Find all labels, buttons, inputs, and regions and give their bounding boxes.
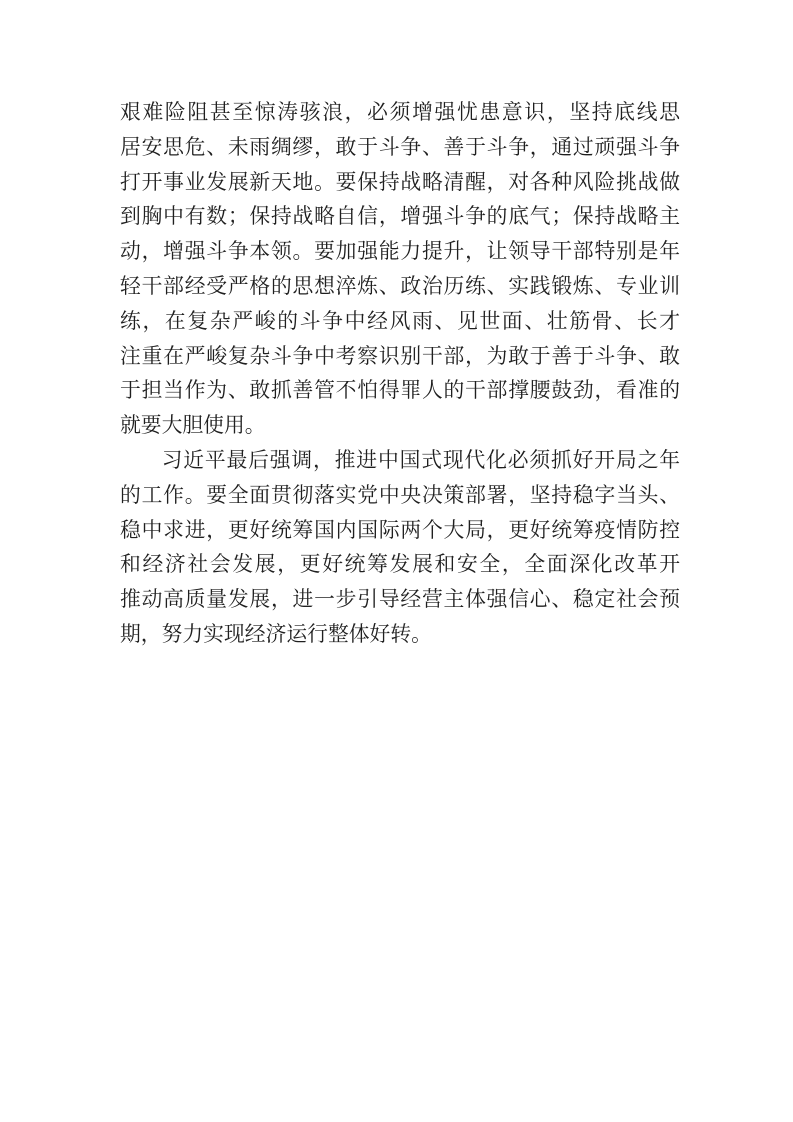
text-line: 和经济社会发展，更好统筹发展和安全，全面深化改革开放， [120,548,680,583]
text-line: 于担当作为、敢抓善管不怕得罪人的干部撑腰鼓劲，看准的 [120,374,680,409]
paragraph-closing: 习近平最后强调，推进中国式现代化必须抓好开局之年的工作。要全面贯彻落实党中央决策… [120,444,680,653]
text-line: 期，努力实现经济运行整体好转。 [120,618,680,653]
text-line: 注重在严峻复杂斗争中考察识别干部，为敢于善于斗争、敢 [120,340,680,375]
text-line: 打开事业发展新天地。要保持战略清醒，对各种风险挑战做 [120,166,680,201]
text-line: 就要大胆使用。 [120,409,680,444]
text-line: 居安思危、未雨绸缪，敢于斗争、善于斗争，通过顽强斗争 [120,131,680,166]
document-page: 艰难险阻甚至惊涛骇浪，必须增强忧患意识，坚持底线思维，居安思危、未雨绸缪，敢于斗… [0,0,793,1122]
text-line: 稳中求进，更好统筹国内国际两个大局，更好统筹疫情防控 [120,514,680,549]
document-body: 艰难险阻甚至惊涛骇浪，必须增强忧患意识，坚持底线思维，居安思危、未雨绸缪，敢于斗… [120,96,680,653]
text-line: 习近平最后强调，推进中国式现代化必须抓好开局之年 [120,444,680,479]
text-line: 动，增强斗争本领。要加强能力提升，让领导干部特别是年 [120,235,680,270]
text-line: 轻干部经受严格的思想淬炼、政治历练、实践锻炼、专业训 [120,270,680,305]
paragraph-continuation: 艰难险阻甚至惊涛骇浪，必须增强忧患意识，坚持底线思维，居安思危、未雨绸缪，敢于斗… [120,96,680,444]
text-line: 的工作。要全面贯彻落实党中央决策部署，坚持稳字当头、 [120,479,680,514]
text-line: 到胸中有数；保持战略自信，增强斗争的底气；保持战略主 [120,200,680,235]
text-line: 艰难险阻甚至惊涛骇浪，必须增强忧患意识，坚持底线思维， [120,96,680,131]
text-line: 推动高质量发展，进一步引导经营主体强信心、稳定社会预 [120,583,680,618]
text-line: 练，在复杂严峻的斗争中经风雨、见世面、壮筋骨、长才干。 [120,305,680,340]
